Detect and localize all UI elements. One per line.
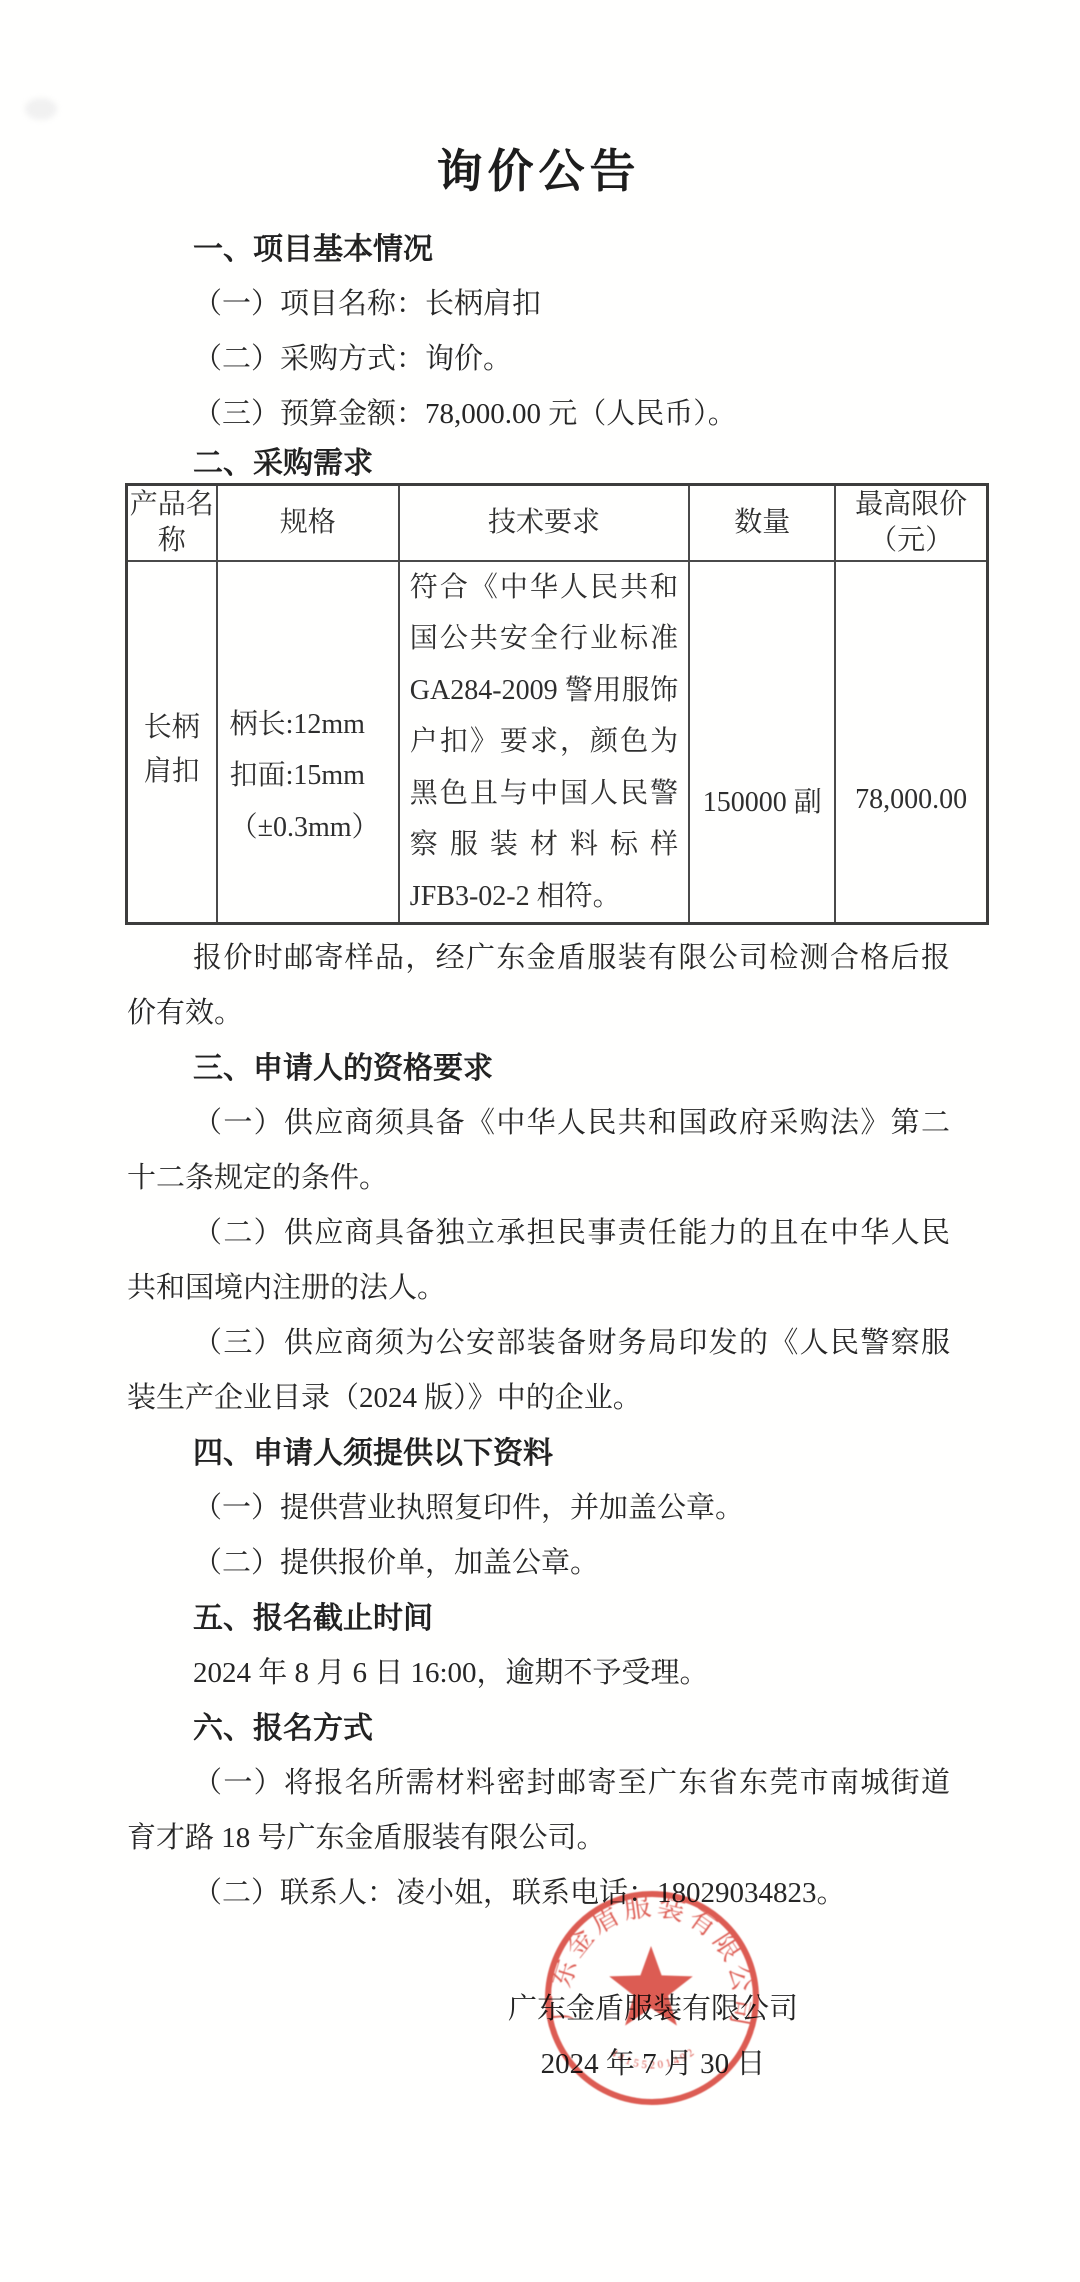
table-header-row: 产品名称 规格 技术要求 数量 最高限价（元） [127,485,988,561]
sample-note-line1: 报价时邮寄样品，经广东金盾服装有限公司检测合格后报 [127,931,950,986]
section1-heading: 一、项目基本情况 [127,222,950,277]
qualification2-line2: 共和国境内注册的法人。 [127,1261,950,1316]
tech-line2: 国公共安全行业标准 [410,613,678,665]
qualification3-line1: （三）供应商须为公安部装备财务局印发的《人民警察服 [127,1316,950,1371]
project-name-line: （一）项目名称：长柄肩扣 [127,277,950,332]
signature-block: 广东金盾服装有限公司 2024 年 7 月 30 日 [127,1982,950,2092]
tech-line5: 黑色且与中国人民警 [410,768,678,820]
section3-heading: 三、申请人的资格要求 [127,1041,950,1096]
tech-line7: JFB3-02-2 相符。 [410,871,678,923]
mailing-line1: （一）将报名所需材料密封邮寄至广东省东莞市南城街道 [127,1756,950,1811]
product-line1: 长柄 [128,706,216,750]
col-header-tech: 技术要求 [399,485,689,561]
section4-heading: 四、申请人须提供以下资料 [127,1426,950,1481]
deadline-line: 2024 年 8 月 6 日 16:00，逾期不予受理。 [127,1646,950,1701]
maxprice-value: 78,000.00 [836,784,986,816]
material2-line: （二）提供报价单，加盖公章。 [127,1536,950,1591]
col-header-product: 产品名称 [127,485,217,561]
cell-product: 长柄 肩扣 [127,561,217,924]
document-content: 询价公告 一、项目基本情况 （一）项目名称：长柄肩扣 （二）采购方式：询价。 （… [0,0,1080,2092]
tech-line3: GA284-2009 警用服饰 [410,665,678,717]
budget-line: （三）预算金额：78,000.00 元（人民币）。 [127,387,950,442]
signature-date: 2024 年 7 月 30 日 [356,2037,950,2092]
material1-line: （一）提供营业执照复印件，并加盖公章。 [127,1481,950,1536]
col-header-spec: 规格 [217,485,399,561]
spec-line3: （±0.3mm） [230,802,398,854]
section5-heading: 五、报名截止时间 [127,1591,950,1646]
tech-line6: 察服装材料标样 [410,819,678,871]
inquiry-notice-document: 询价公告 一、项目基本情况 （一）项目名称：长柄肩扣 （二）采购方式：询价。 （… [0,0,1080,2282]
page-title: 询价公告 [127,0,950,202]
qualification2-line1: （二）供应商具备独立承担民事责任能力的且在中华人民 [127,1206,950,1261]
signature-company: 广东金盾服装有限公司 [356,1982,950,2037]
qualification1-line2: 十二条规定的条件。 [127,1151,950,1206]
product-line2: 肩扣 [128,750,216,794]
tech-line1: 符合《中华人民共和 [410,562,678,614]
quantity-value: 150000 副 [690,780,834,820]
qualification1-line1: （一）供应商须具备《中华人民共和国政府采购法》第二 [127,1096,950,1151]
contact-line: （二）联系人：凌小姐，联系电话：18029034823。 [127,1866,950,1921]
col-header-quantity: 数量 [689,485,835,561]
procure-method-line: （二）采购方式：询价。 [127,332,950,387]
qualification3-line2: 装生产企业目录（2024 版）》中的企业。 [127,1371,950,1426]
cell-tech: 符合《中华人民共和 国公共安全行业标准 GA284-2009 警用服饰 户扣》要… [399,561,689,924]
cell-maxprice: 78,000.00 [835,561,987,924]
cell-spec: 柄长:12mm 扣面:15mm （±0.3mm） [217,561,399,924]
table-row: 长柄 肩扣 柄长:12mm 扣面:15mm （±0.3mm） 符合《 [127,561,988,924]
procurement-table: 产品名称 规格 技术要求 数量 最高限价（元） 长柄 肩扣 [125,483,989,925]
spec-line1: 柄长:12mm [230,699,398,751]
scan-smudge [25,98,57,120]
mailing-line2: 育才路 18 号广东金盾服装有限公司。 [127,1811,950,1866]
section6-heading: 六、报名方式 [127,1701,950,1756]
tech-line4: 户扣》要求，颜色为 [410,716,678,768]
spec-line2: 扣面:15mm [230,750,398,802]
col-header-maxprice: 最高限价（元） [835,485,987,561]
sample-note-line2: 价有效。 [127,986,950,1041]
cell-quantity: 150000 副 [689,561,835,924]
